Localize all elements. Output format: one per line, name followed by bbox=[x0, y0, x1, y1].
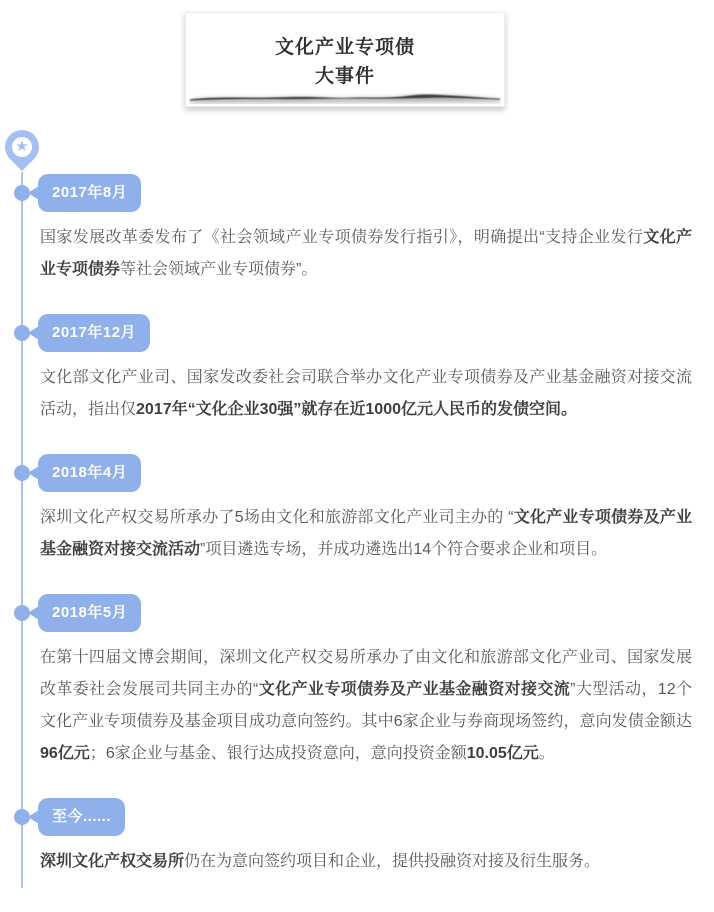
date-label: 2018年4月 bbox=[52, 464, 127, 481]
event-text: 国家发展改革委发布了《社会领域产业专项债券发行指引》，明确提出“支持企业发行文化… bbox=[40, 222, 692, 286]
torn-paper-edge bbox=[188, 87, 502, 105]
timeline: 2017年8月 国家发展改革委发布了《社会领域产业专项债券发行指引》，明确提出“… bbox=[0, 174, 714, 878]
star-pin-icon: ★ bbox=[5, 130, 39, 176]
event-text: 深圳文化产权交易所仍在为意向签约项目和企业，提供投融资对接及衍生服务。 bbox=[40, 846, 692, 878]
date-badge: 至今...... bbox=[38, 798, 125, 836]
page-title-line1: 文化产业专项债 bbox=[275, 37, 415, 58]
date-label: 2018年5月 bbox=[52, 604, 127, 621]
badge-arrow-icon bbox=[28, 466, 39, 480]
timeline-item: 2018年5月 在第十四届文博会期间，深圳文化产权交易所承办了由文化和旅游部文化… bbox=[0, 594, 714, 770]
badge-arrow-icon bbox=[28, 810, 39, 824]
date-label: 2017年12月 bbox=[52, 324, 136, 341]
event-text: 深圳文化产权交易所承办了5场由文化和旅游部文化产业司主办的 “文化产业专项债券及… bbox=[40, 502, 692, 566]
timeline-item: 2017年8月 国家发展改革委发布了《社会领域产业专项债券发行指引》，明确提出“… bbox=[0, 174, 714, 286]
timeline-item: 至今...... 深圳文化产权交易所仍在为意向签约项目和企业，提供投融资对接及衍… bbox=[0, 798, 714, 878]
header-card: 文化产业专项债 大事件 bbox=[185, 12, 505, 107]
star-icon: ★ bbox=[15, 139, 28, 154]
event-text: 在第十四届文博会期间，深圳文化产权交易所承办了由文化和旅游部文化产业司、国家发展… bbox=[40, 642, 692, 770]
date-label: 至今...... bbox=[52, 808, 111, 825]
event-text: 文化部文化产业司、国家发改委社会司联合举办文化产业专项债券及产业基金融资对接交流… bbox=[40, 362, 692, 426]
badge-arrow-icon bbox=[28, 606, 39, 620]
timeline-item: 2018年4月 深圳文化产权交易所承办了5场由文化和旅游部文化产业司主办的 “文… bbox=[0, 454, 714, 566]
pin-inner-circle: ★ bbox=[12, 137, 32, 157]
badge-arrow-icon bbox=[28, 186, 39, 200]
timeline-item: 2017年12月 文化部文化产业司、国家发改委社会司联合举办文化产业专项债券及产… bbox=[0, 314, 714, 426]
date-badge: 2018年4月 bbox=[38, 454, 141, 492]
page-title: 文化产业专项债 大事件 bbox=[186, 13, 504, 91]
date-badge: 2017年12月 bbox=[38, 314, 150, 352]
date-label: 2017年8月 bbox=[52, 184, 127, 201]
date-badge: 2017年8月 bbox=[38, 174, 141, 212]
badge-arrow-icon bbox=[28, 326, 39, 340]
page-title-line2: 大事件 bbox=[315, 66, 375, 87]
date-badge: 2018年5月 bbox=[38, 594, 141, 632]
